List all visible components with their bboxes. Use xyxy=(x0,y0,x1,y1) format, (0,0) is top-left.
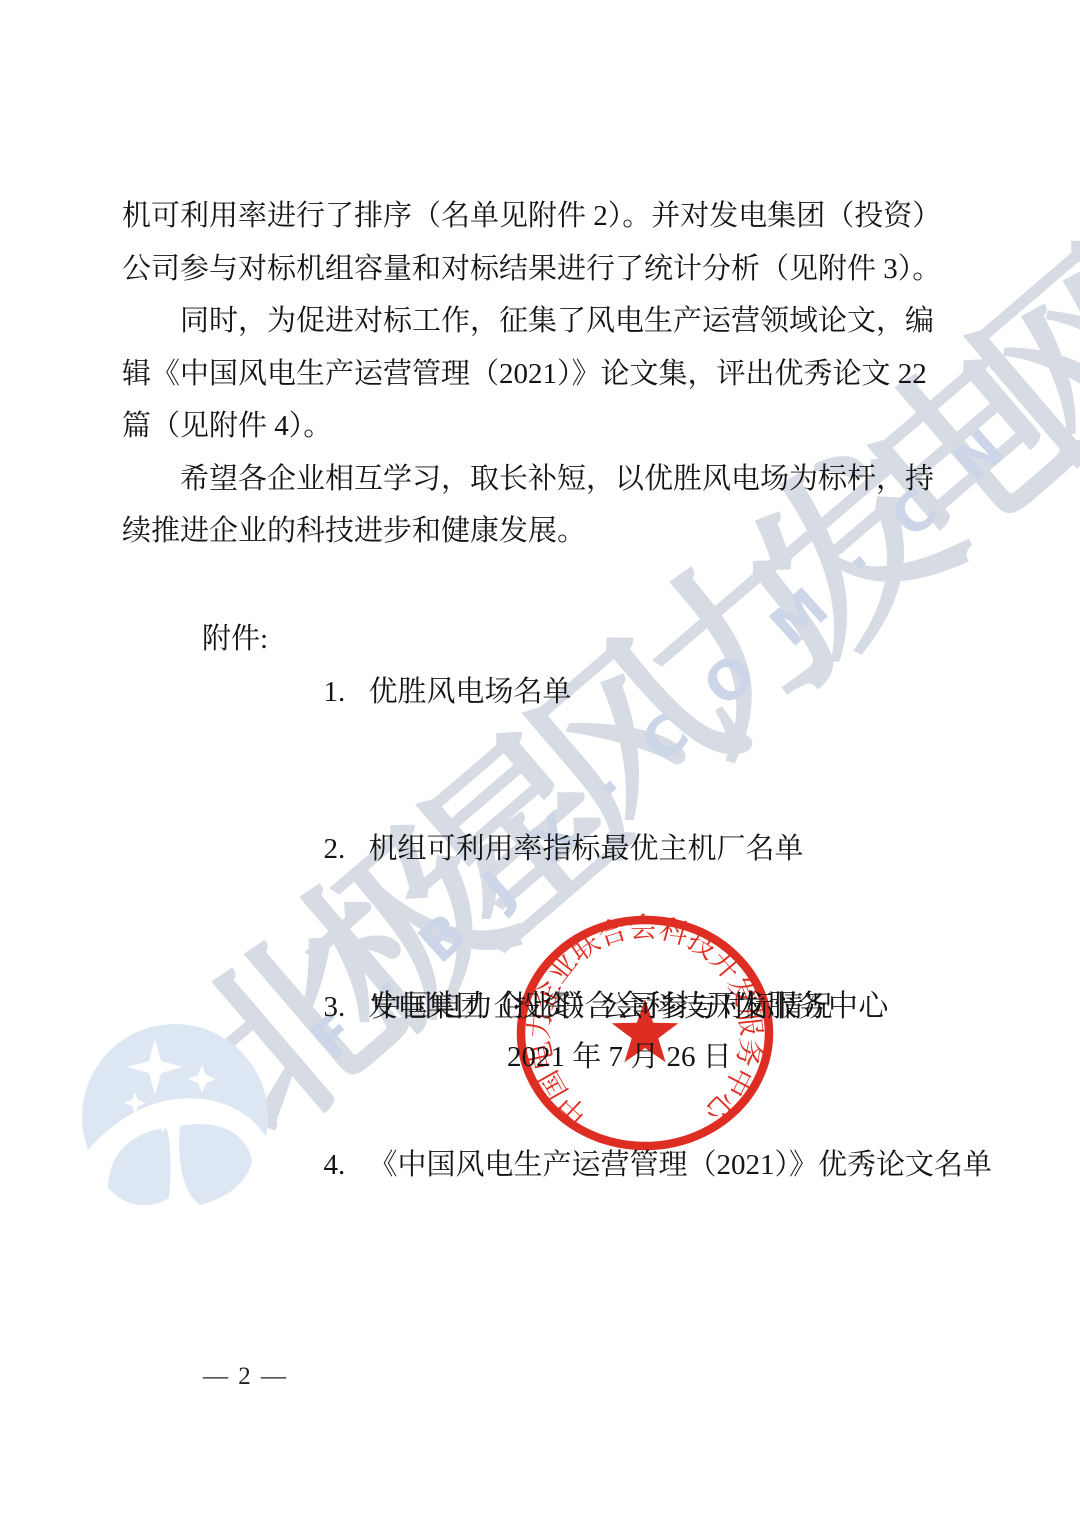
attachment-item-text: 优胜风电场名单 xyxy=(369,676,572,708)
attachment-item-number: 4. xyxy=(324,1139,369,1192)
attachment-item-text: 《中国风电生产运营管理（2021）》优秀论文名单 xyxy=(369,1149,993,1181)
page-number: — 2 — xyxy=(203,1363,288,1391)
body-line: 同时，为促进对标工作，征集了风电生产运营领域论文，编 xyxy=(122,295,962,348)
attachment-list: 附件: 1.优胜风电场名单 2.机组可利用率指标最优主机厂名单 3.发电集团（投… xyxy=(280,613,992,1244)
attachment-item-number: 3. xyxy=(324,981,369,1034)
body-text: 机可利用率进行了排序（名单见附件 2）。并对发电集团（投资） 公司参与对标机组容… xyxy=(122,190,962,558)
body-line: 篇（见附件 4）。 xyxy=(122,400,962,453)
signature-date: 2021 年 7 月 26 日 xyxy=(507,1034,732,1075)
attachment-item-number: 2. xyxy=(324,823,369,876)
body-line: 辑《中国风电生产运营管理（2021）》论文集，评出优秀论文 22 xyxy=(122,348,962,401)
body-line: 续推进企业的科技进步和健康发展。 xyxy=(122,505,962,558)
attachment-label: 附件: xyxy=(202,613,275,666)
body-line: 希望各企业相互学习，取长补短，以优胜风电场为标杆，持 xyxy=(122,453,962,506)
attachment-item-number: 1. xyxy=(324,666,369,719)
document-page: 北极星风力发电网 F·BJX·COM·CN 中国电力企业联合会科技开发服务中心 … xyxy=(0,0,1080,1526)
signature-organization: 中国电力企业联合会科技开发服务中心 xyxy=(372,981,889,1025)
body-line: 公司参与对标机组容量和对标结果进行了统计分析（见附件 3）。 xyxy=(122,243,962,296)
watermark-logo-icon xyxy=(80,1022,270,1212)
attachment-item: 2.机组可利用率指标最优主机厂名单 xyxy=(280,771,992,929)
attachment-item-text: 机组可利用率指标最优主机厂名单 xyxy=(369,833,804,865)
attachment-item: 4.《中国风电生产运营管理（2021）》优秀论文名单 xyxy=(280,1086,992,1244)
body-line: 机可利用率进行了排序（名单见附件 2）。并对发电集团（投资） xyxy=(122,190,962,243)
attachment-item: 1.优胜风电场名单 xyxy=(280,613,992,771)
